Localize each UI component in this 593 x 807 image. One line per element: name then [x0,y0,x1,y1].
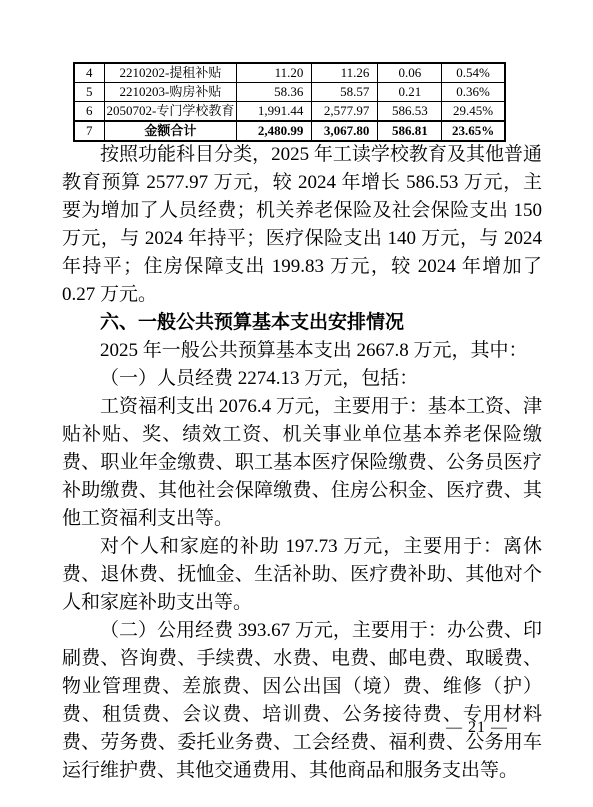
cell-subject: 2050702-专门学校教育 [104,102,237,122]
paragraph-salary-welfare: 工资福利支出 2076.4 万元，主要用于：基本工资、津贴补贴、奖、绩效工资、机… [62,393,542,533]
cell-amount-1: 2,480.99 [237,121,312,141]
cell-row-no: 4 [74,63,104,83]
cell-amount-1: 58.36 [237,83,312,102]
cell-amount-3: 0.06 [378,63,442,83]
document-body: 按照功能科目分类，2025 年工读学校教育及其他普通教育预算 2577.97 万… [62,141,542,785]
budget-table: 4 2210202-提租补贴 11.20 11.26 0.06 0.54% 5 … [73,62,506,142]
cell-row-no: 6 [74,102,104,122]
cell-amount-2: 58.57 [312,83,378,102]
paragraph-family-subsidy: 对个人和家庭的补助 197.73 万元，主要用于：离休费、退休费、抚恤金、生活补… [62,533,542,617]
cell-row-no: 5 [74,83,104,102]
table-row: 4 2210202-提租补贴 11.20 11.26 0.06 0.54% [74,63,505,83]
cell-amount-3: 0.21 [378,83,442,102]
cell-subject: 2210203-购房补贴 [104,83,237,102]
cell-percent: 29.45% [442,102,505,122]
cell-amount-2: 3,067.80 [312,121,378,141]
cell-amount-3: 586.81 [378,121,442,141]
cell-amount-2: 11.26 [312,63,378,83]
section-heading: 六、一般公共预算基本支出安排情况 [62,309,542,337]
table-row-total: 7 金额合计 2,480.99 3,067.80 586.81 23.65% [74,121,505,141]
cell-amount-1: 1,991.44 [237,102,312,122]
document-page: 4 2210202-提租补贴 11.20 11.26 0.06 0.54% 5 … [0,0,593,807]
paragraph-basic-expenditure-total: 2025 年一般公共预算基本支出 2667.8 万元，其中： [62,337,542,365]
cell-amount-1: 11.20 [237,63,312,83]
cell-percent: 0.36% [442,83,505,102]
table-row: 6 2050702-专门学校教育 1,991.44 2,577.97 586.5… [74,102,505,122]
cell-percent: 0.54% [442,63,505,83]
cell-row-no: 7 [74,121,104,141]
paragraph-public-expense: （二）公用经费 393.67 万元，主要用于：办公费、印刷费、咨询费、手续费、水… [62,617,542,785]
cell-subject: 金额合计 [104,121,237,141]
table-row: 5 2210203-购房补贴 58.36 58.57 0.21 0.36% [74,83,505,102]
page-number: — 21 — [446,718,508,738]
cell-amount-3: 586.53 [378,102,442,122]
cell-percent: 23.65% [442,121,505,141]
paragraph-function-classification: 按照功能科目分类，2025 年工读学校教育及其他普通教育预算 2577.97 万… [62,141,542,309]
paragraph-personnel-funds: （一）人员经费 2274.13 万元，包括： [62,365,542,393]
cell-subject: 2210202-提租补贴 [104,63,237,83]
cell-amount-2: 2,577.97 [312,102,378,122]
